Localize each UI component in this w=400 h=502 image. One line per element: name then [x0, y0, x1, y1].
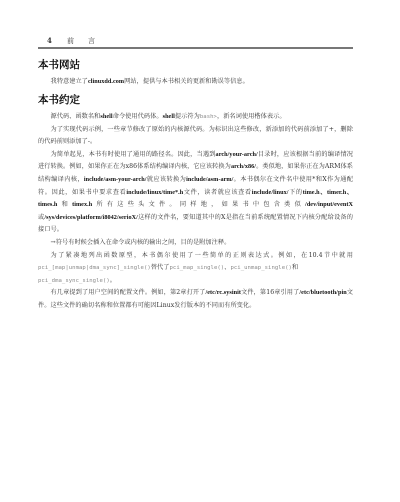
term: shell [100, 113, 112, 120]
text: 文件，第16章引用了 [241, 289, 299, 296]
text: 和 [57, 201, 72, 208]
code-function: pci_dma_sync_single() [38, 278, 110, 284]
path: include/asm-your-arch/ [84, 176, 147, 183]
text: 有几章提到了用户空间的配置文件。例如，第2章打开了 [51, 289, 206, 296]
path: include/linux/ [252, 189, 289, 196]
path: include/linux/time*.h [126, 189, 183, 196]
paragraph-code-changes: 为了实现代码示例，一些章节修改了原始的内核源代码。为标识出这些修改，新添加的代码… [38, 124, 353, 149]
path: include/asm-arm/ [186, 176, 233, 183]
text: ，新名词使用楷体表示。 [217, 113, 286, 120]
text: 替代了 [151, 264, 170, 271]
website-link-text: clinuxdd.com [88, 78, 124, 85]
text: →符号有时候会插入在命令或内核的输出之间，目的是附加注释。 [51, 239, 231, 246]
paragraph-code-fonts: 源代码、函数名和shell命令使用代码体。shell提示符为bash>，新名词使… [38, 111, 353, 124]
text: 。 [110, 277, 116, 284]
text: 为简单起见，本书有时使用了通用的路径名。因此，当遇到 [51, 151, 216, 158]
path: /dev/input/eventX [305, 201, 353, 208]
text: 和 [292, 264, 298, 271]
text: 下的 [289, 189, 303, 196]
paragraph-regex: 为了紧凑地列出函数原型，本书偶尔使用了一些简单的正则表达式。例如，在10.4节中… [38, 250, 353, 288]
text: 为了实现代码示例，一些章节修改了原始的内核源代码。为标识出这些修改，新添加的代码… [38, 126, 353, 146]
text: 我特意建立了 [51, 78, 88, 85]
code-function: pci_[map|unmap|dma_sync]_single() [38, 265, 151, 271]
code-function: pci_map_single() [170, 265, 225, 271]
header-divider [38, 47, 353, 49]
text: 为了紧凑地列出函数原型，本书偶尔使用了一些简单的正则表达式。例如，在10.4节中… [51, 252, 354, 259]
path: timex.h [72, 201, 92, 208]
paragraph-website: 我特意建立了clinuxdd.com网站，提供与本书相关的更新和勘误等信息。 [38, 76, 353, 89]
text: 网站，提供与本书相关的更新和勘误等信息。 [124, 78, 249, 85]
document-page: 4 前言 本书网站 我特意建立了clinuxdd.com网站，提供与本书相关的更… [38, 36, 353, 313]
text: 源代码、函数名和 [51, 113, 101, 120]
text: 就应该转换为 [147, 176, 187, 183]
text: 文件，读者就应该查看 [183, 189, 252, 196]
path: /etc/rc.sysinit [205, 289, 241, 296]
paragraph-config-files: 有几章提到了用户空间的配置文件。例如，第2章打开了/etc/rc.sysinit… [38, 287, 353, 312]
running-head-title: 前言 [67, 36, 109, 46]
path: arch/x86/ [231, 163, 256, 170]
code-function: pci_unmap_single() [230, 265, 292, 271]
code-prompt: bash> [200, 114, 217, 120]
text: 命令使用代码体。 [113, 113, 163, 120]
paragraph-arrow-symbol: →符号有时候会插入在命令或内核的输出之间，目的是附加注释。 [38, 237, 353, 250]
text: 提示符为 [175, 113, 200, 120]
path: arch/your-arch/ [216, 151, 258, 158]
section-heading-website: 本书网站 [38, 58, 353, 72]
page-number: 4 [47, 36, 67, 46]
term: shell [163, 113, 175, 120]
running-head: 4 前言 [38, 36, 353, 46]
section-heading-conventions: 本书约定 [38, 93, 353, 107]
paragraph-generic-paths: 为简单起见，本书有时使用了通用的路径名。因此，当遇到arch/your-arch… [38, 149, 353, 237]
path: /etc/bluetooth/pin [299, 289, 346, 296]
path: /sys/devices/platform/i8042/serioX/ [44, 214, 138, 221]
text: 所有这些头文件。同样地，如果书中包含类似 [92, 201, 305, 208]
